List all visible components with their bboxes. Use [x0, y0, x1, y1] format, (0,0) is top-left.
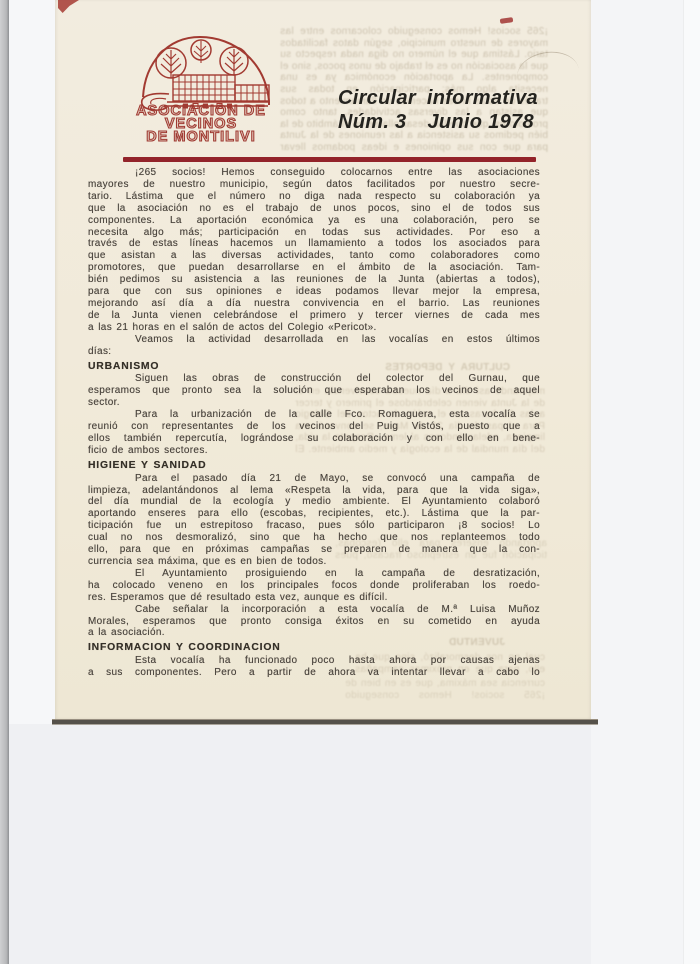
paragraph: El Ayuntamiento prosiguiendo en la campa…: [88, 568, 540, 604]
newsletter-page: ¡265 socios! Hemos conseguido colocarnos…: [55, 0, 591, 719]
body-column: ¡265 socios! Hemos conseguido colocarnos…: [88, 167, 540, 679]
text-line: ficio de ambos sectores.: [88, 445, 540, 457]
tree-icon: [156, 48, 186, 78]
text-line: mejorando así día a día nuestra conviven…: [88, 298, 540, 310]
publication-title: Circular informativa: [338, 86, 538, 110]
text-line: componentes. La aportación económica ya …: [88, 215, 540, 227]
text-line: mayores de nuestro municipio, según dato…: [88, 179, 540, 191]
text-line: tario. Lástima que el número no diga nad…: [88, 191, 540, 203]
paragraph: Para la urbanización de la calle Fco. Ro…: [88, 409, 540, 457]
scanned-newsletter: ¡265 socios! Hemos conseguido colocarnos…: [0, 0, 700, 964]
text-line: a la asociación.: [88, 627, 540, 639]
paragraph: Veamos la actividad desarrollada en las …: [88, 334, 540, 358]
red-ink-mark: [58, 0, 79, 13]
text-line: que la asociación no es el trabajo de un…: [88, 203, 540, 215]
scanner-background-bottom: [9, 724, 591, 964]
section-heading: HIGIENE Y SANIDAD: [88, 460, 540, 472]
text-line: Para la urbanización de la calle Fco. Ro…: [88, 409, 540, 421]
red-ink-mark: [500, 17, 514, 24]
text-line: de la Junta vienen celebrándose el prime…: [88, 310, 540, 322]
text-line: ticipación fue un estrepitoso fracaso, p…: [88, 520, 540, 532]
text-line: a las 21 horas en el salón de actos del …: [88, 322, 540, 334]
text-line: reunió con representantes de los vecinos…: [88, 421, 540, 433]
masthead-rule: [123, 157, 536, 162]
tree-icon: [191, 40, 211, 63]
bleedthrough-text: currencia sea máxima, que es en bien de …: [345, 678, 545, 701]
text-line: cual no nos desmoralizó, sino que ha hec…: [88, 532, 540, 544]
masthead: Circular informativa Núm. 3 Junio 1978: [338, 86, 538, 134]
text-line: esperamos que pronto sea la solución que…: [88, 385, 540, 397]
issue-number: Núm. 3: [338, 110, 406, 134]
text-line: ello, para que en próximas campañas se p…: [88, 544, 540, 556]
text-line: res. Esperamos que dé resultado esta vez…: [88, 592, 540, 604]
text-line: bién pedimos su asistencia a las reunion…: [88, 274, 540, 286]
text-line: El Ayuntamiento prosiguiendo en la campa…: [88, 568, 540, 580]
text-line: del día mundial de la ecología y medio a…: [88, 496, 540, 508]
text-line: Morales, esperamos que pronto consiga éx…: [88, 616, 540, 628]
text-line: Esta vocalía ha funcionado poco hasta ah…: [88, 655, 540, 667]
section-heading: URBANISMO: [88, 361, 540, 373]
paragraph: ¡265 socios! Hemos conseguido colocarnos…: [88, 167, 540, 334]
text-line: ellos también repercutía, lográndose su …: [88, 433, 540, 445]
issue-date: Junio 1978: [427, 110, 533, 134]
text-line: través de estas líneas hacemos un llamam…: [88, 238, 540, 250]
text-line: días:: [88, 346, 540, 358]
text-line: Veamos la actividad desarrollada en las …: [88, 334, 540, 346]
text-line: aportando enseres para ello (escobas, re…: [88, 508, 540, 520]
text-line: ha colocado veneno en los principales fo…: [88, 580, 540, 592]
text-line: a sus componentes. Pero a partir de ahor…: [88, 667, 540, 679]
text-line: Cabe señalar la incorporación a esta voc…: [88, 604, 540, 616]
paragraph: Cabe señalar la incorporación a esta voc…: [88, 604, 540, 640]
text-line: Para el pasado día 21 de Mayo, se convoc…: [88, 473, 540, 485]
scanner-background-seam: [683, 0, 700, 964]
text-line: limpieza, adelantándonos al lema «Respet…: [88, 485, 540, 497]
text-line: que asistan a las diversas actividades, …: [88, 250, 540, 262]
text-line: necesita algo más; participación en toda…: [88, 227, 540, 239]
text-line: ¡265 socios! Hemos conseguido colocarnos…: [88, 167, 540, 179]
paragraph: Esta vocalía ha funcionado poco hasta ah…: [88, 655, 540, 679]
section-heading: INFORMACION Y COORDINACION: [88, 642, 540, 654]
paragraph: Siguen las obras de construcción del col…: [88, 373, 540, 409]
text-line: Siguen las obras de construcción del col…: [88, 373, 540, 385]
association-logo-icon: [137, 33, 273, 111]
association-name: ASOCIACION DE VECINOS DE MONTILIVI: [113, 105, 289, 144]
text-line: promotores, que puedan desarrollarse en …: [88, 262, 540, 274]
text-line: para que con sus opiniones e ideas podam…: [88, 286, 540, 298]
text-line: sector.: [88, 397, 540, 409]
tree-icon: [220, 47, 248, 75]
text-line: currencia sea máxima, que es en bien de …: [88, 556, 540, 568]
paragraph: Para el pasado día 21 de Mayo, se convoc…: [88, 473, 540, 568]
association-name-line: DE MONTILIVI: [113, 131, 289, 144]
scanner-edge: [0, 0, 9, 964]
page-bottom-edge: [52, 719, 598, 725]
